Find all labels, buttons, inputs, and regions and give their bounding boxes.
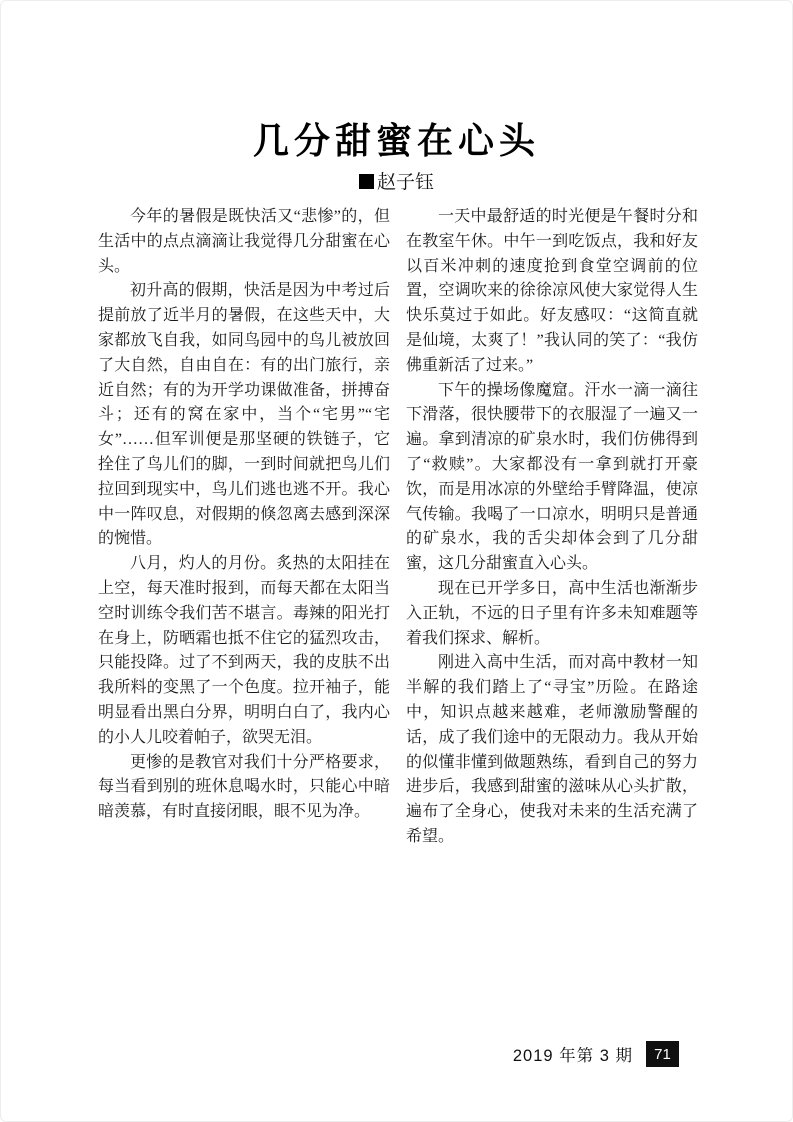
author-line: 赵子钰 xyxy=(1,167,792,194)
issue-label: 2019 年第 3 期 xyxy=(513,1042,633,1066)
article-paragraph: 今年的暑假是既快活又“悲惨”的，但生活中的点点滴滴让我觉得几分甜蜜在心头。 xyxy=(98,205,390,279)
article-paragraph: 一天中最舒适的时光便是午餐时分和在教室午休。中午一到吃饭点，我和好友以百米冲刺的… xyxy=(406,205,698,379)
article-paragraph: 初升高的假期，快活是因为中考过后提前放了近半月的暑假，在这些天中，大家都放飞自我… xyxy=(98,279,390,552)
page-footer: 2019 年第 3 期 71 xyxy=(513,1041,679,1067)
article-paragraph: 现在已开学多日，高中生活也渐渐步入正轨，不远的日子里有许多未知难题等着我们探求、… xyxy=(406,577,698,651)
author-name: 赵子钰 xyxy=(377,172,434,193)
magazine-page: 几分甜蜜在心头 赵子钰 今年的暑假是既快活又“悲惨”的，但生活中的点点滴滴让我觉… xyxy=(0,0,793,1122)
author-marker-square-icon xyxy=(359,174,374,189)
page-number-badge: 71 xyxy=(646,1041,679,1067)
article-title: 几分甜蜜在心头 xyxy=(1,113,792,164)
article-paragraph: 更惨的是教官对我们十分严格要求，每当看到别的班休息喝水时，只能心中暗暗羡慕，有时… xyxy=(98,751,390,825)
article-paragraph: 八月，灼人的月份。炙热的太阳挂在上空，每天准时报到，而每天都在太阳当空时训练令我… xyxy=(98,552,390,750)
article-paragraph: 刚进入高中生活，而对高中教材一知半解的我们踏上了“寻宝”历险。在路途中，知识点越… xyxy=(406,651,698,849)
article-paragraph: 下午的操场像魔窟。汗水一滴一滴往下滑落，很快腰带下的衣服湿了一遍又一遍。拿到清凉… xyxy=(406,379,698,577)
article-body: 今年的暑假是既快活又“悲惨”的，但生活中的点点滴滴让我觉得几分甜蜜在心头。初升高… xyxy=(98,205,698,865)
